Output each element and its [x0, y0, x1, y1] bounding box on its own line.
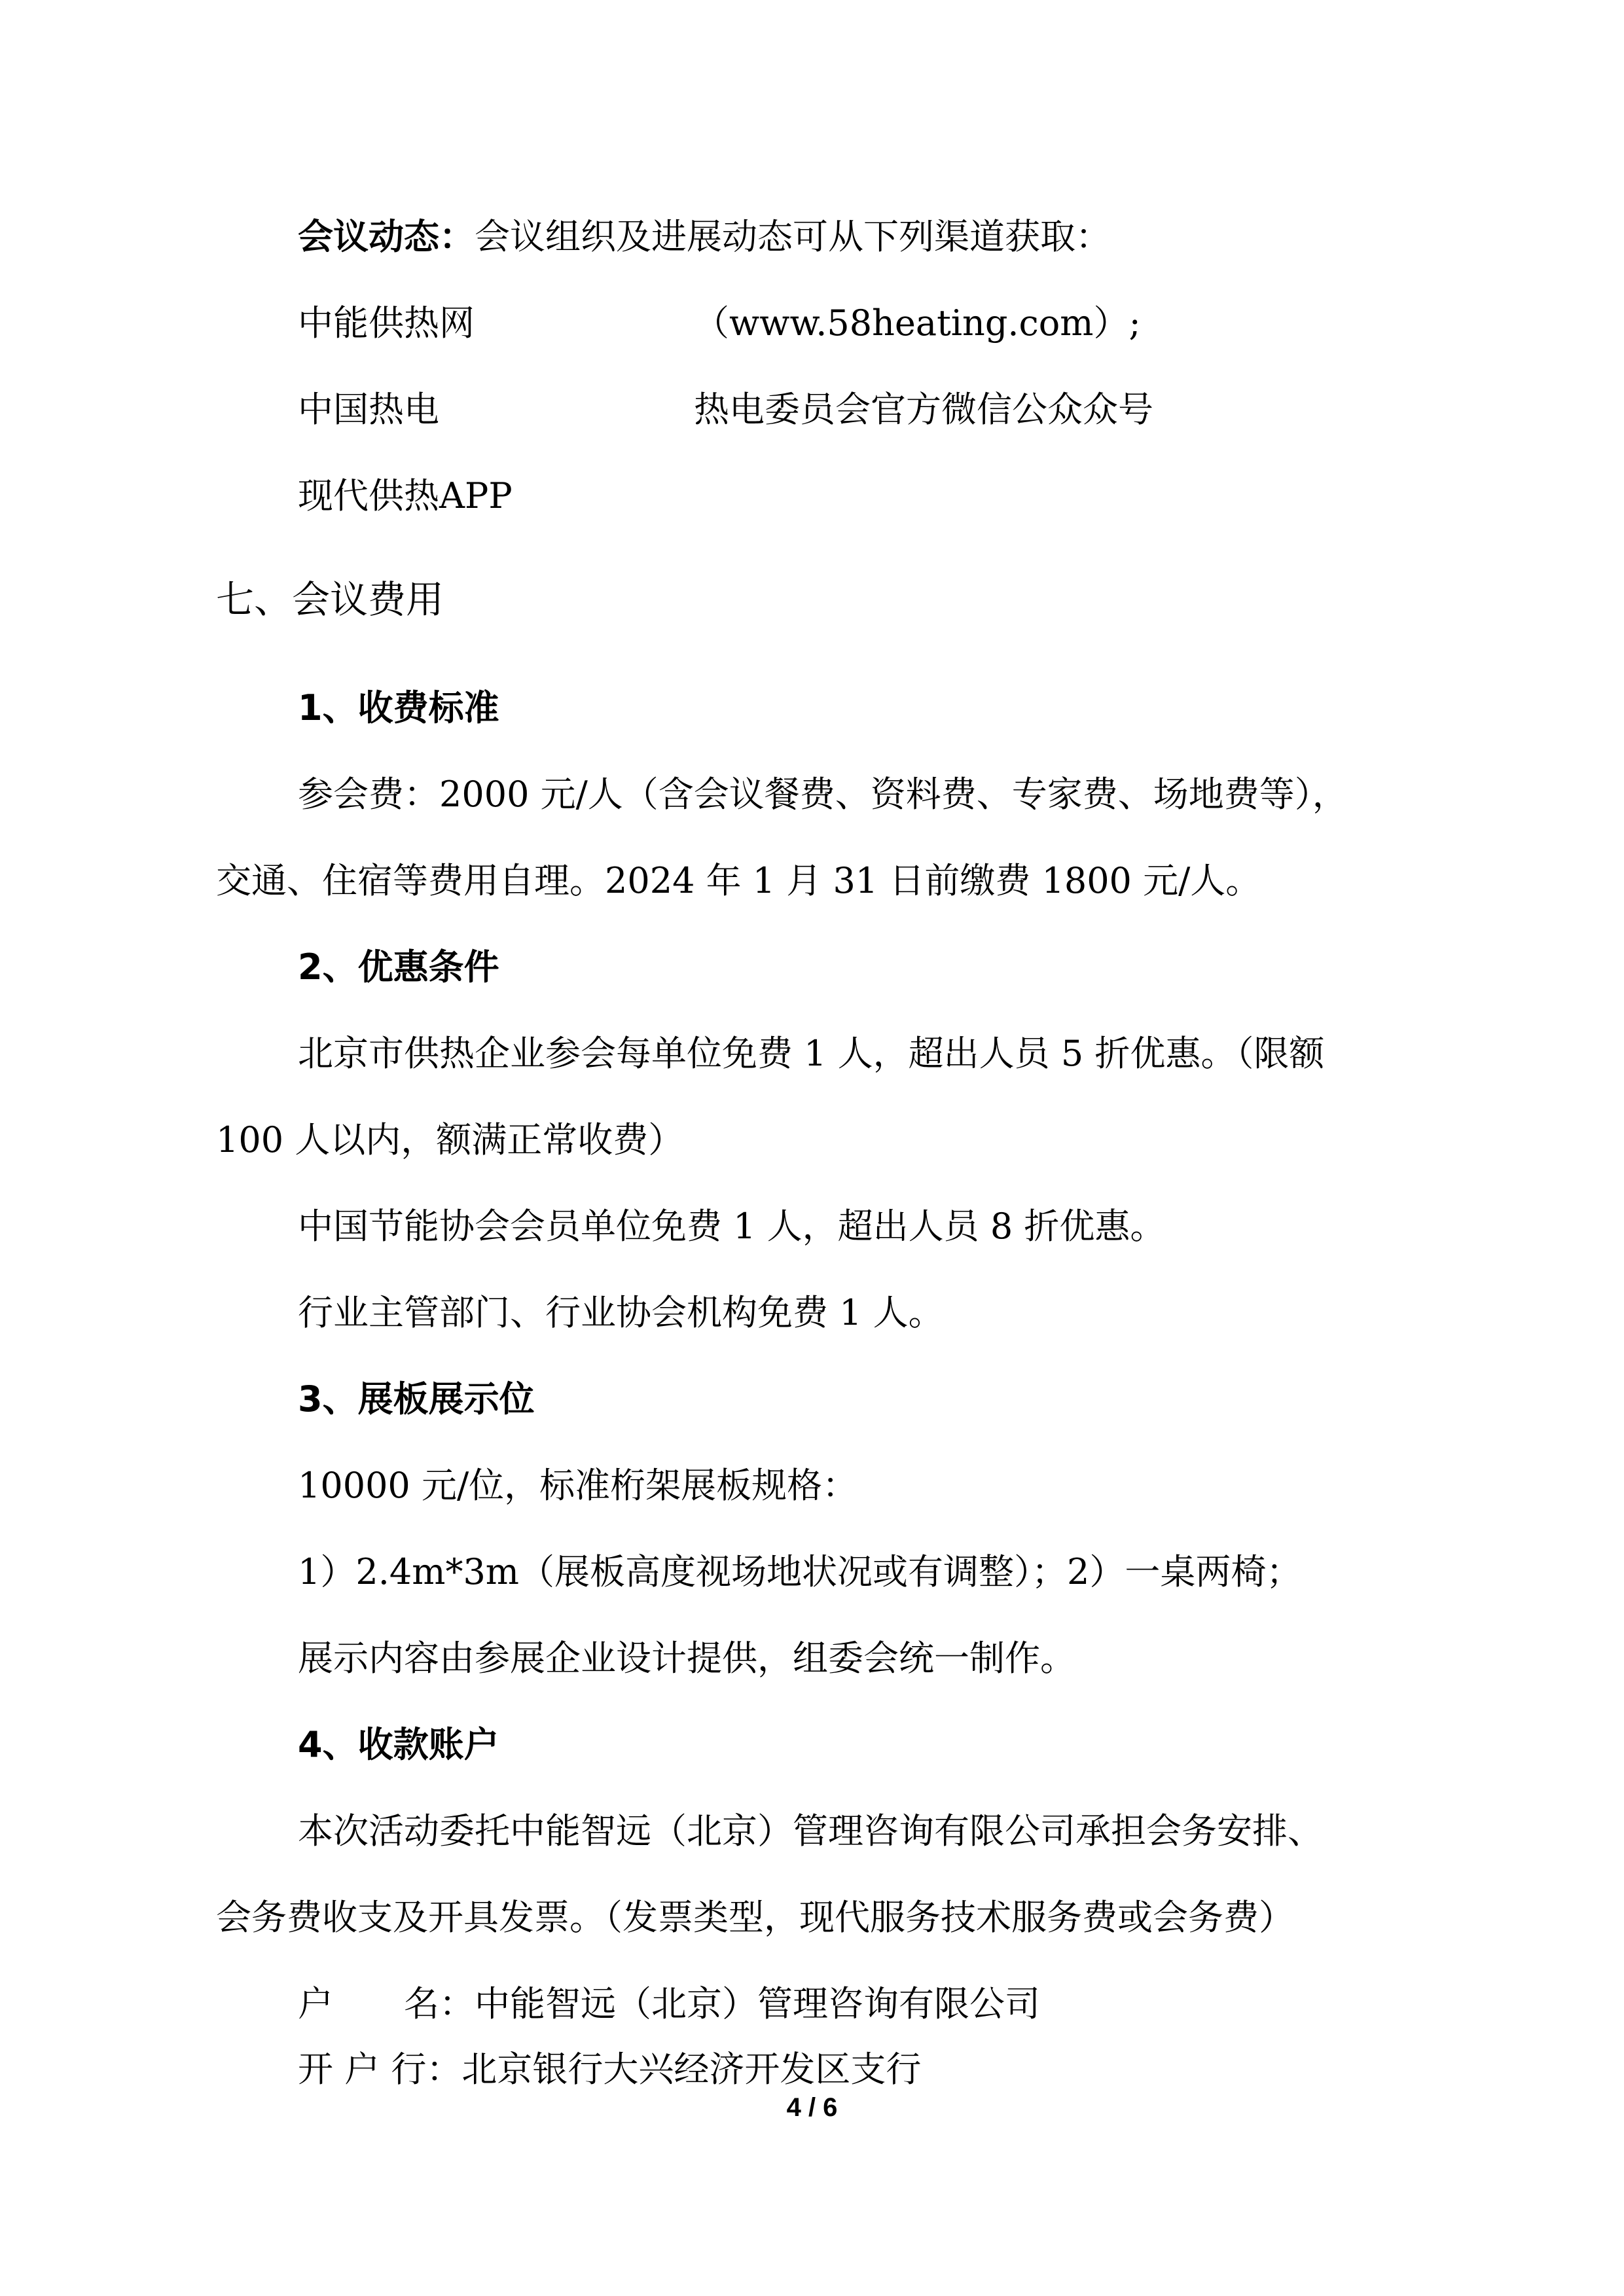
discount-line-2: 100 人以内，额满正常收费） [216, 1119, 683, 1161]
meeting-updates-text: 会议组织及进展动态可从下列渠道获取： [475, 216, 1111, 257]
account-name-value: 中能智远（北京）管理咨询有限公司 [475, 1983, 1040, 2024]
account-line-2: 会务费收支及开具发票。（发票类型，现代服务技术服务费或会务费） [216, 1897, 1294, 1939]
booth-line-1: 10000 元/位，标准桁架展板规格： [298, 1465, 857, 1507]
document-page: 会议动态：会议组织及进展动态可从下列渠道获取： 中能供热网 （www.58hea… [0, 0, 1624, 2296]
account-name-row: 户 名：中能智远（北京）管理咨询有限公司 [298, 1983, 1040, 2025]
channel-name-2: 中国热电 [298, 389, 439, 431]
sub4-title: 4、收款账户 [298, 1724, 499, 1766]
channel-name-3: 现代供热APP [298, 475, 513, 517]
bank-label: 开 户 行： [298, 2049, 461, 2090]
channel-detail-1: （www.58heating.com）; [694, 302, 1141, 344]
booth-line-2: 1）2.4m*3m（展板高度视场地状况或有调整）；2）一桌两椅； [298, 1551, 1301, 1593]
sub3-title: 3、展板展示位 [298, 1378, 535, 1420]
bank-value: 北京银行大兴经济开发区支行 [461, 2049, 921, 2090]
fee-line-1: 参会费：2000 元/人（含会议餐费、资料费、专家费、场地费等）， [298, 774, 1348, 816]
page-number: 4 / 6 [0, 2093, 1624, 2123]
account-name-label: 户 名： [298, 1983, 475, 2024]
discount-line-4: 行业主管部门、行业协会机构免费 1 人。 [298, 1292, 944, 1334]
meeting-updates-label: 会议动态： [298, 216, 475, 257]
sub2-title: 2、优惠条件 [298, 946, 499, 988]
channel-detail-2: 热电委员会官方微信公众众号 [694, 389, 1153, 431]
sub1-title: 1、收费标准 [298, 687, 499, 729]
channel-name-1: 中能供热网 [298, 302, 475, 344]
bank-row: 开 户 行：北京银行大兴经济开发区支行 [298, 2049, 921, 2090]
account-line-1: 本次活动委托中能智远（北京）管理咨询有限公司承担会务安排、 [298, 1810, 1323, 1852]
booth-line-3: 展示内容由参展企业设计提供，组委会统一制作。 [298, 1638, 1075, 1679]
meeting-updates-line: 会议动态：会议组织及进展动态可从下列渠道获取： [298, 216, 1111, 258]
section-title: 七、会议费用 [216, 579, 444, 620]
discount-line-1: 北京市供热企业参会每单位免费 1 人，超出人员 5 折优惠。（限额 [298, 1033, 1324, 1075]
discount-line-3: 中国节能协会会员单位免费 1 人，超出人员 8 折优惠。 [298, 1206, 1165, 1247]
fee-line-2: 交通、住宿等费用自理。2024 年 1 月 31 日前缴费 1800 元/人。 [216, 860, 1261, 902]
